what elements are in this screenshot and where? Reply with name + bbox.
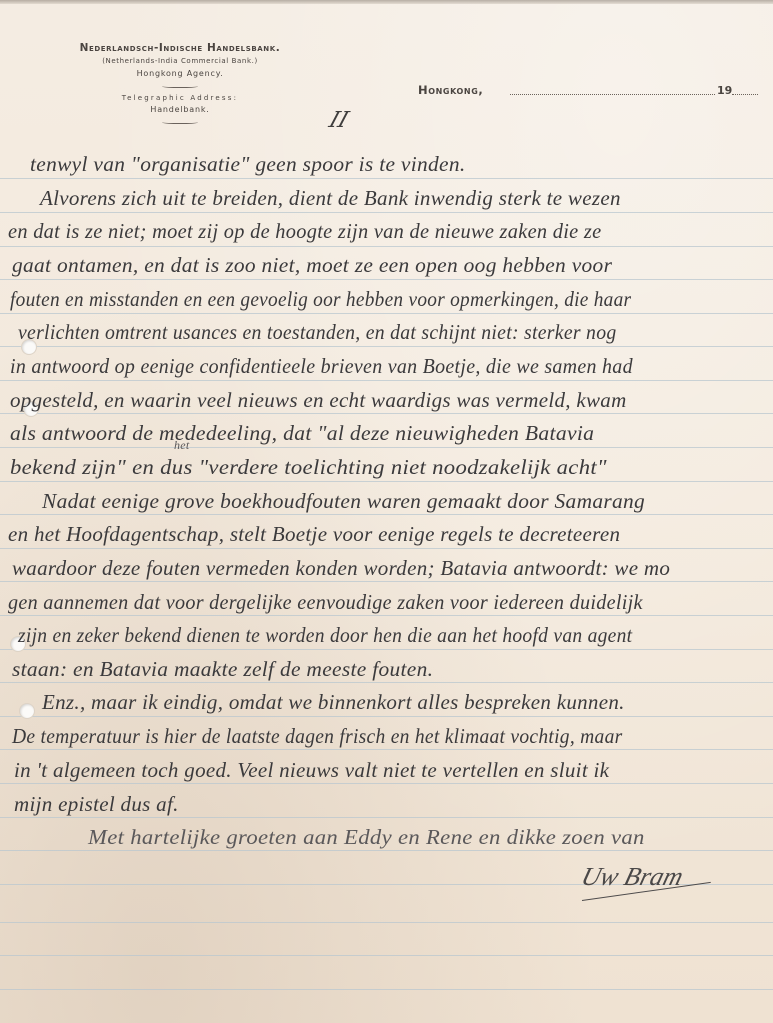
dateline-place: Hongkong, [418, 83, 483, 97]
telegraphic-label: Telegraphic Address: [20, 94, 340, 102]
handwritten-line: Alvorens zich uit te breiden, dient de B… [40, 186, 621, 211]
handwritten-line: zijn en zeker bekend dienen te worden do… [18, 623, 632, 648]
handwritten-line: fouten en misstanden en een gevoelig oor… [10, 287, 631, 312]
ruled-line [0, 447, 773, 448]
bank-name: Nederlandsch-Indische Handelsbank. [20, 42, 340, 54]
handwritten-line: in 't algemeen toch goed. Veel nieuws va… [14, 758, 609, 783]
ruled-line [0, 246, 773, 247]
handwritten-line: staan: en Batavia maakte zelf de meeste … [12, 657, 433, 682]
ruled-line [0, 380, 773, 381]
year-blank [732, 94, 758, 95]
ruled-line [0, 716, 773, 717]
handwritten-line: mijn epistel dus af. [14, 792, 179, 817]
ruled-line [0, 922, 773, 923]
ruled-line [0, 481, 773, 482]
ornament-divider [162, 120, 198, 124]
dateline-year: 19 [717, 84, 732, 97]
dateline: Hongkong, 19 [418, 83, 748, 99]
handwritten-line: De temperatuur is hier de laatste dagen … [12, 724, 623, 749]
letter-page: Nederlandsch-Indische Handelsbank. (Neth… [0, 0, 773, 1023]
ruled-line [0, 313, 773, 314]
handwritten-line: in antwoord op eenige confidentieele bri… [10, 354, 633, 379]
ruled-line [0, 413, 773, 414]
interlinear-insert: het [174, 438, 190, 453]
letterhead: Nederlandsch-Indische Handelsbank. (Neth… [20, 42, 340, 130]
punch-hole [20, 704, 34, 718]
ruled-line [0, 178, 773, 179]
ruled-line [0, 615, 773, 616]
date-blank [510, 94, 715, 95]
handwritten-line: tenwyl van "organisatie" geen spoor is t… [30, 152, 466, 177]
handwritten-line: en dat is ze niet; moet zij op de hoogte… [8, 219, 601, 244]
handwritten-line: als antwoord de mededeeling, dat "al dez… [10, 421, 594, 446]
ruled-line [0, 346, 773, 347]
handwritten-line: waardoor deze fouten vermeden konden wor… [12, 556, 670, 581]
telegraphic-address: Handelbank. [20, 105, 340, 114]
ornament-divider [162, 84, 198, 88]
handwritten-line: Met hartelijke groeten aan Eddy en Rene … [88, 825, 645, 850]
ruled-line [0, 212, 773, 213]
paper-top-edge [0, 0, 773, 4]
handwritten-line: en het Hoofdagentschap, stelt Boetje voo… [8, 522, 620, 547]
ruled-line [0, 279, 773, 280]
ruled-line [0, 649, 773, 650]
ruled-line [0, 514, 773, 515]
ruled-line [0, 548, 773, 549]
ruled-line [0, 581, 773, 582]
ruled-line [0, 955, 773, 956]
ruled-line [0, 850, 773, 851]
handwritten-line: Nadat eenige grove boekhoudfouten waren … [42, 489, 645, 514]
handwritten-line: Enz., maar ik eindig, omdat we binnenkor… [42, 690, 625, 715]
handwritten-line: opgesteld, en waarin veel nieuws en echt… [10, 388, 627, 413]
bank-english-name: (Netherlands-India Commercial Bank.) [20, 57, 340, 65]
ruled-line [0, 817, 773, 818]
handwritten-line: bekend zijn" en dus "verdere toelichting… [10, 455, 607, 480]
handwritten-line: gen aannemen dat voor dergelijke eenvoud… [8, 590, 643, 615]
ruled-line [0, 749, 773, 750]
ruled-line [0, 989, 773, 990]
ruled-line [0, 783, 773, 784]
agency-name: Hongkong Agency. [20, 69, 340, 78]
handwritten-line: gaat ontamen, en dat is zoo niet, moet z… [12, 253, 612, 278]
handwritten-line: verlichten omtrent usances en toestanden… [18, 320, 617, 345]
ruled-line [0, 682, 773, 683]
